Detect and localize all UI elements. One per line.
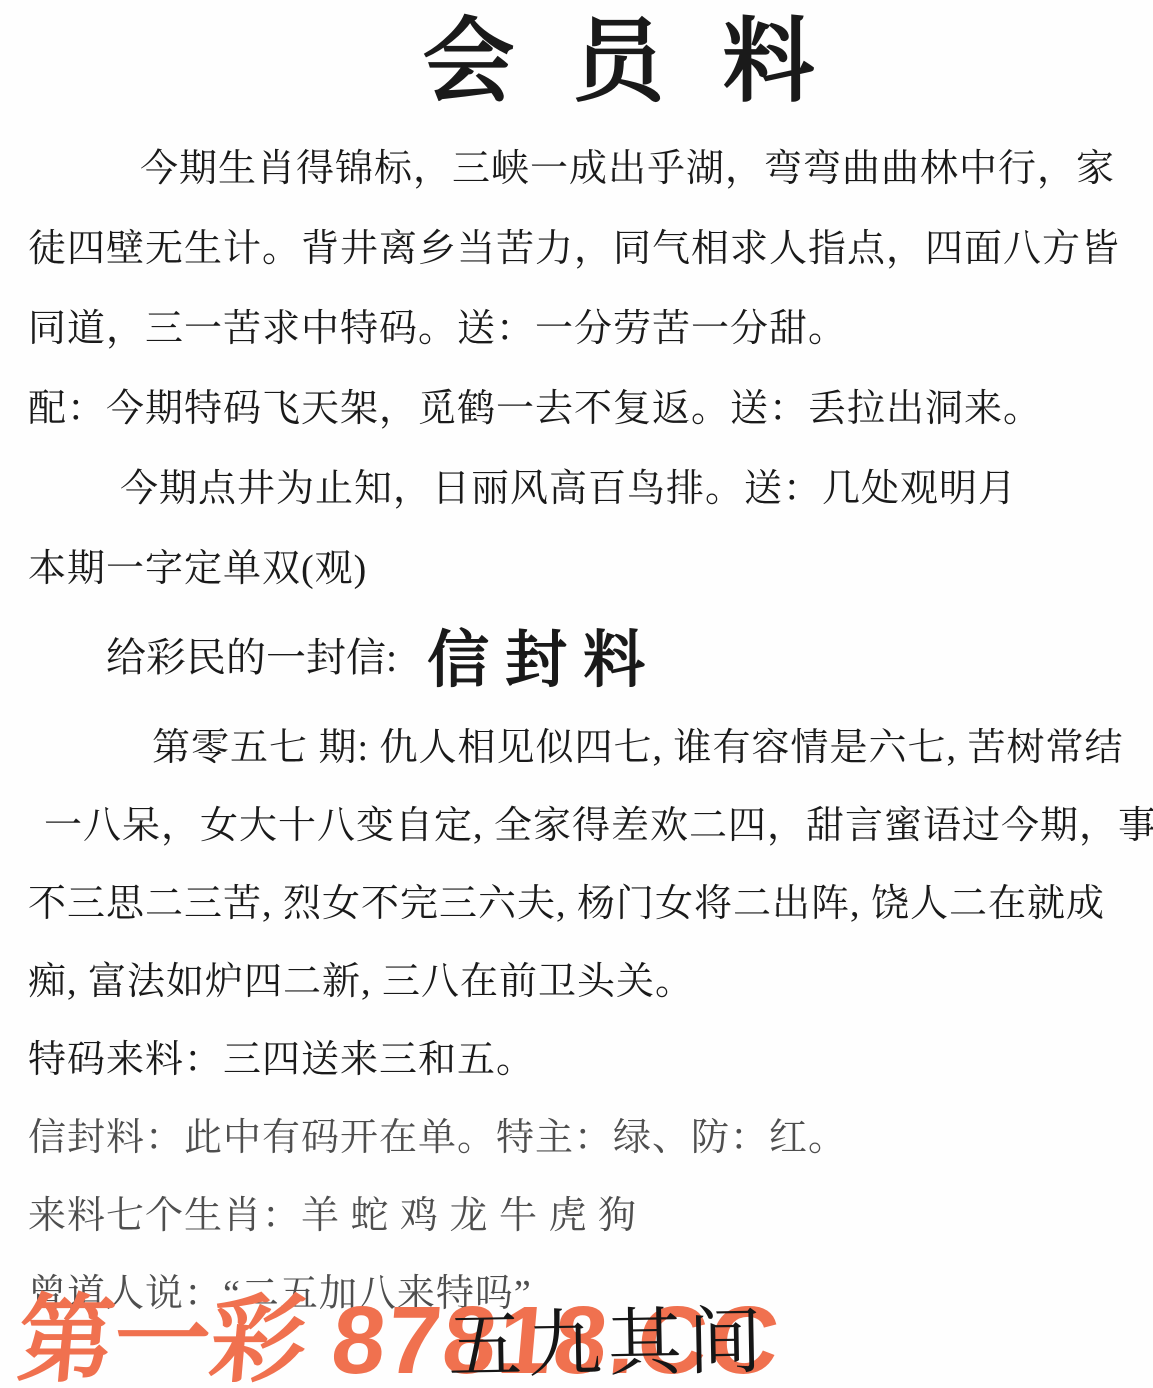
watermark-brand: 第一彩 — [13, 1287, 310, 1388]
envelope-section-title: 信封料 — [427, 610, 661, 699]
document-content: 会员料 今期生肖得锦标，三峡一成出乎湖，弯弯曲曲林中行，家 徒四壁无生计。背井离… — [0, 0, 1153, 1328]
text-line: 今期点井为止知，日丽风高百鸟排。送：几处观明月 — [28, 444, 1125, 524]
text-line: 痴, 富法如炉四二新, 三八在前卫头关。 — [28, 938, 1125, 1016]
text-line: 一八呆，女大十八变自定, 全家得差欢二四，甜言蜜语过今期，事 — [28, 782, 1125, 860]
text-line: 第零五七 期: 仇人相见似四七, 谁有容情是六七, 苦树常结 — [28, 704, 1125, 782]
text-line: 本期一字定单双(观) — [28, 524, 1125, 604]
text-line: 配：今期特码飞天架，觅鹤一去不复返。送：丢拉出洞来。 — [28, 364, 1125, 444]
envelope-section-header: 给彩民的一封信: 信封料 — [28, 604, 1125, 704]
text-line: 徒四壁无生计。背井离乡当苦力，同气相求人指点，四面八方皆 — [28, 204, 1125, 284]
text-line: 不三思二三苦, 烈女不完三六夫, 杨门女将二出阵, 饶人二在就成 — [28, 860, 1125, 938]
text-line: 来料七个生肖：羊 蛇 鸡 龙 牛 虎 狗 — [28, 1172, 1125, 1250]
page-title: 会员料 — [28, 0, 1125, 124]
text-line: 今期生肖得锦标，三峡一成出乎湖，弯弯曲曲林中行，家 — [28, 124, 1125, 204]
envelope-intro-label: 给彩民的一封信: — [28, 626, 397, 683]
text-line: 同道，三一苦求中特码。送：一分劳苦一分甜。 — [28, 284, 1125, 364]
text-line: 信封料：此中有码开在单。特主：绿、防：红。 — [28, 1094, 1125, 1172]
handwritten-overlay-text: 五九其间 — [447, 1305, 768, 1385]
text-line: 特码来料：三四送来三和五。 — [28, 1016, 1125, 1094]
scanned-lottery-tip-sheet: 会员料 今期生肖得锦标，三峡一成出乎湖，弯弯曲曲林中行，家 徒四壁无生计。背井离… — [0, 0, 1153, 1388]
